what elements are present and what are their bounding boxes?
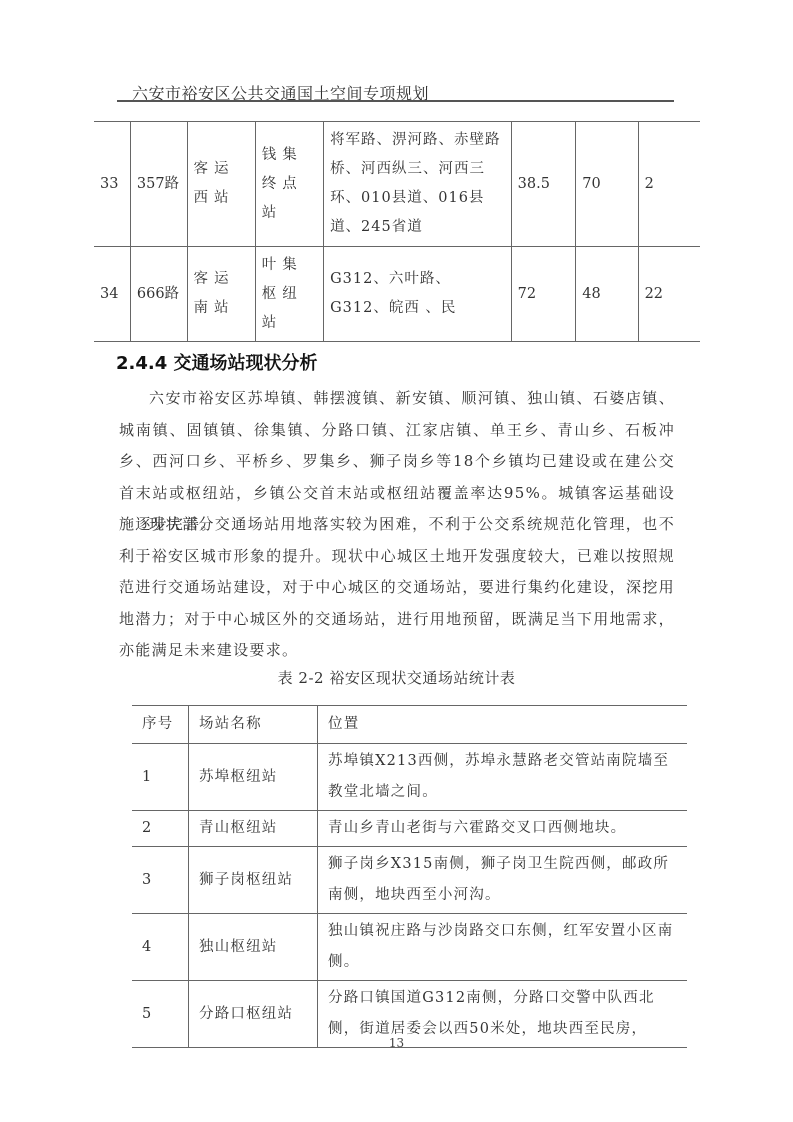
station-number: 2	[132, 811, 189, 847]
row-number: 33	[94, 122, 130, 247]
start-station: 客运西站	[187, 122, 255, 247]
station-number: 3	[132, 847, 189, 914]
paragraph-2: 现状部分交通场站用地落实较为困难，不利于公交系统规范化管理，也不利于裕安区城市形…	[119, 509, 675, 667]
start-station: 客运南站	[187, 247, 255, 342]
end-station: 叶集枢纽站	[255, 247, 323, 342]
route-value-a: 48	[576, 247, 638, 342]
route-via: 将军路、淠河路、赤壁路桥、河西纵三、河西三环、010县道、016县道、245省道	[324, 122, 512, 247]
row-number: 34	[94, 247, 130, 342]
station-name: 狮子岗枢纽站	[189, 847, 318, 914]
table-row: 3 狮子岗枢纽站 狮子岗乡X315南侧，狮子岗卫生院西侧，邮政所南侧，地块西至小…	[132, 847, 687, 914]
station-number: 1	[132, 744, 189, 811]
page-number: 13	[0, 1036, 793, 1050]
station-location: 苏埠镇X213西侧，苏埠永慧路老交管站南院墙至教堂北墙之间。	[318, 744, 688, 811]
station-location: 狮子岗乡X315南侧，狮子岗卫生院西侧，邮政所南侧，地块西至小河沟。	[318, 847, 688, 914]
section-heading: 2.4.4 交通场站现状分析	[116, 349, 318, 375]
route-length: 72	[511, 247, 576, 342]
table-row: 2 青山枢纽站 青山乡青山老街与六霍路交叉口西侧地块。	[132, 811, 687, 847]
route-name: 357路	[130, 122, 187, 247]
table-row: 4 独山枢纽站 独山镇祝庄路与沙岗路交口东侧，红军安置小区南侧。	[132, 914, 687, 981]
end-station: 钱集终点站	[255, 122, 323, 247]
route-value-b: 2	[638, 122, 700, 247]
table-caption: 表 2-2 裕安区现状交通场站统计表	[0, 667, 793, 688]
header-number: 序号	[132, 706, 189, 744]
route-value-a: 70	[576, 122, 638, 247]
header-divider	[117, 100, 674, 102]
header-location: 位置	[318, 706, 688, 744]
route-name: 666路	[130, 247, 187, 342]
station-name: 独山枢纽站	[189, 914, 318, 981]
station-number: 4	[132, 914, 189, 981]
bus-route-table-continued: 33 357路 客运西站 钱集终点站 将军路、淠河路、赤壁路桥、河西纵三、河西三…	[94, 121, 700, 342]
station-name: 苏埠枢纽站	[189, 744, 318, 811]
station-location: 独山镇祝庄路与沙岗路交口东侧，红军安置小区南侧。	[318, 914, 688, 981]
route-value-b: 22	[638, 247, 700, 342]
route-length: 38.5	[511, 122, 576, 247]
header-station-name: 场站名称	[189, 706, 318, 744]
station-statistics-table: 序号 场站名称 位置 1 苏埠枢纽站 苏埠镇X213西侧，苏埠永慧路老交管站南院…	[132, 705, 687, 1048]
station-name: 青山枢纽站	[189, 811, 318, 847]
station-location: 青山乡青山老街与六霍路交叉口西侧地块。	[318, 811, 688, 847]
table-header-row: 序号 场站名称 位置	[132, 706, 687, 744]
table-row: 1 苏埠枢纽站 苏埠镇X213西侧，苏埠永慧路老交管站南院墙至教堂北墙之间。	[132, 744, 687, 811]
route-via: G312、六叶路、G312、皖西 、民	[324, 247, 512, 342]
table-row: 34 666路 客运南站 叶集枢纽站 G312、六叶路、G312、皖西 、民 7…	[94, 247, 700, 342]
table-row: 33 357路 客运西站 钱集终点站 将军路、淠河路、赤壁路桥、河西纵三、河西三…	[94, 122, 700, 247]
